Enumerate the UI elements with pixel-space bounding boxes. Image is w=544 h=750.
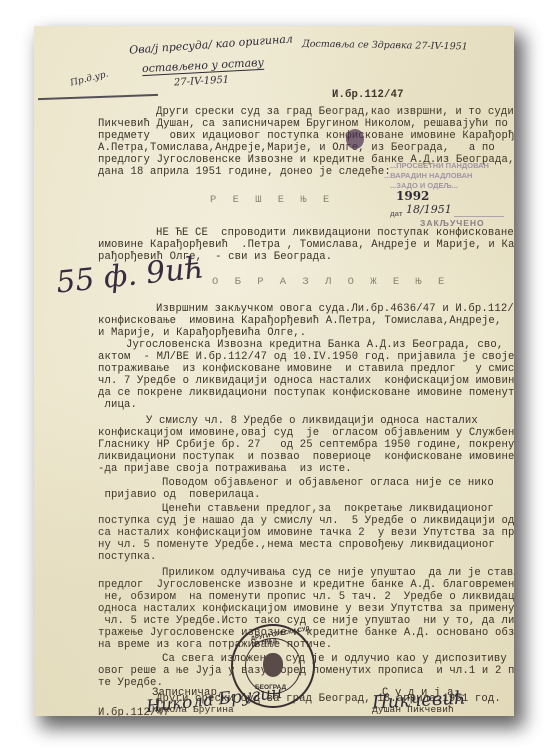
- judge-name: Душан Пикчевић: [372, 704, 454, 716]
- reasoning-p3-line-5: -да пријаве своја потраживања из исте.: [98, 464, 352, 476]
- court-seal: ДРУГИ СРЕСКИ СУД ЗА ГРАД БЕОГРАД: [231, 624, 315, 708]
- margin-signature: 55 ф. 9ић: [55, 250, 206, 300]
- clerk-name: Никола Бругина: [152, 704, 234, 716]
- handwritten-note-original: Ова/ј пресуда/ као оригинал: [129, 32, 293, 56]
- case-number: И.бр.112/47: [332, 90, 404, 102]
- registry-underline: [454, 216, 504, 217]
- document-page: Ова/ј пресуда/ као оригинал остављено у …: [34, 26, 514, 716]
- coat-of-arms-icon: [263, 653, 283, 677]
- handwritten-initials-stroke: [38, 94, 158, 100]
- reasoning-p2-line-5: да се покрене ликвидациони поступак конф…: [98, 388, 514, 400]
- registry-stamp-line-2: ...ВАРАДИН НАДЛОВАН: [384, 171, 472, 180]
- seal-city: БЕОГРАД: [255, 684, 286, 691]
- registry-stamp-line-1: ...ПРОСВЕТНИ ПАНДОВАН: [390, 161, 489, 170]
- reasoning-p2-line-6: лица.: [98, 400, 137, 412]
- registry-date-value: 18/1951: [406, 203, 452, 216]
- handwritten-note-filed: остављено у оставу: [142, 56, 265, 76]
- reasoning-title: О Б Р А З Л О Ж Е Њ Е: [212, 276, 449, 288]
- handwritten-delivery-note: Доставља се Здравка 27-IV-1951: [302, 39, 468, 53]
- registry-handwritten-number: 1992: [396, 189, 429, 203]
- reasoning-p5-line-5: поступка.: [98, 552, 157, 564]
- decision-title: Р Е Ш Е Њ Е: [210, 194, 334, 206]
- reasoning-p5-line-4: ну чл. 5 поменуте Уредбе.,нема места спр…: [98, 540, 495, 552]
- handwritten-note-date: 27-IV-1951: [174, 75, 230, 89]
- handwritten-margin-note: Пр.д.ур.: [69, 69, 109, 88]
- ink-stamp-mark: [346, 129, 364, 149]
- reasoning-p4-line-2: пријавио од поверилаца.: [98, 490, 261, 502]
- registry-date-label: дат: [390, 209, 403, 218]
- intro-line-6: дана 18 априла 1951 године, донео је сле…: [98, 167, 391, 179]
